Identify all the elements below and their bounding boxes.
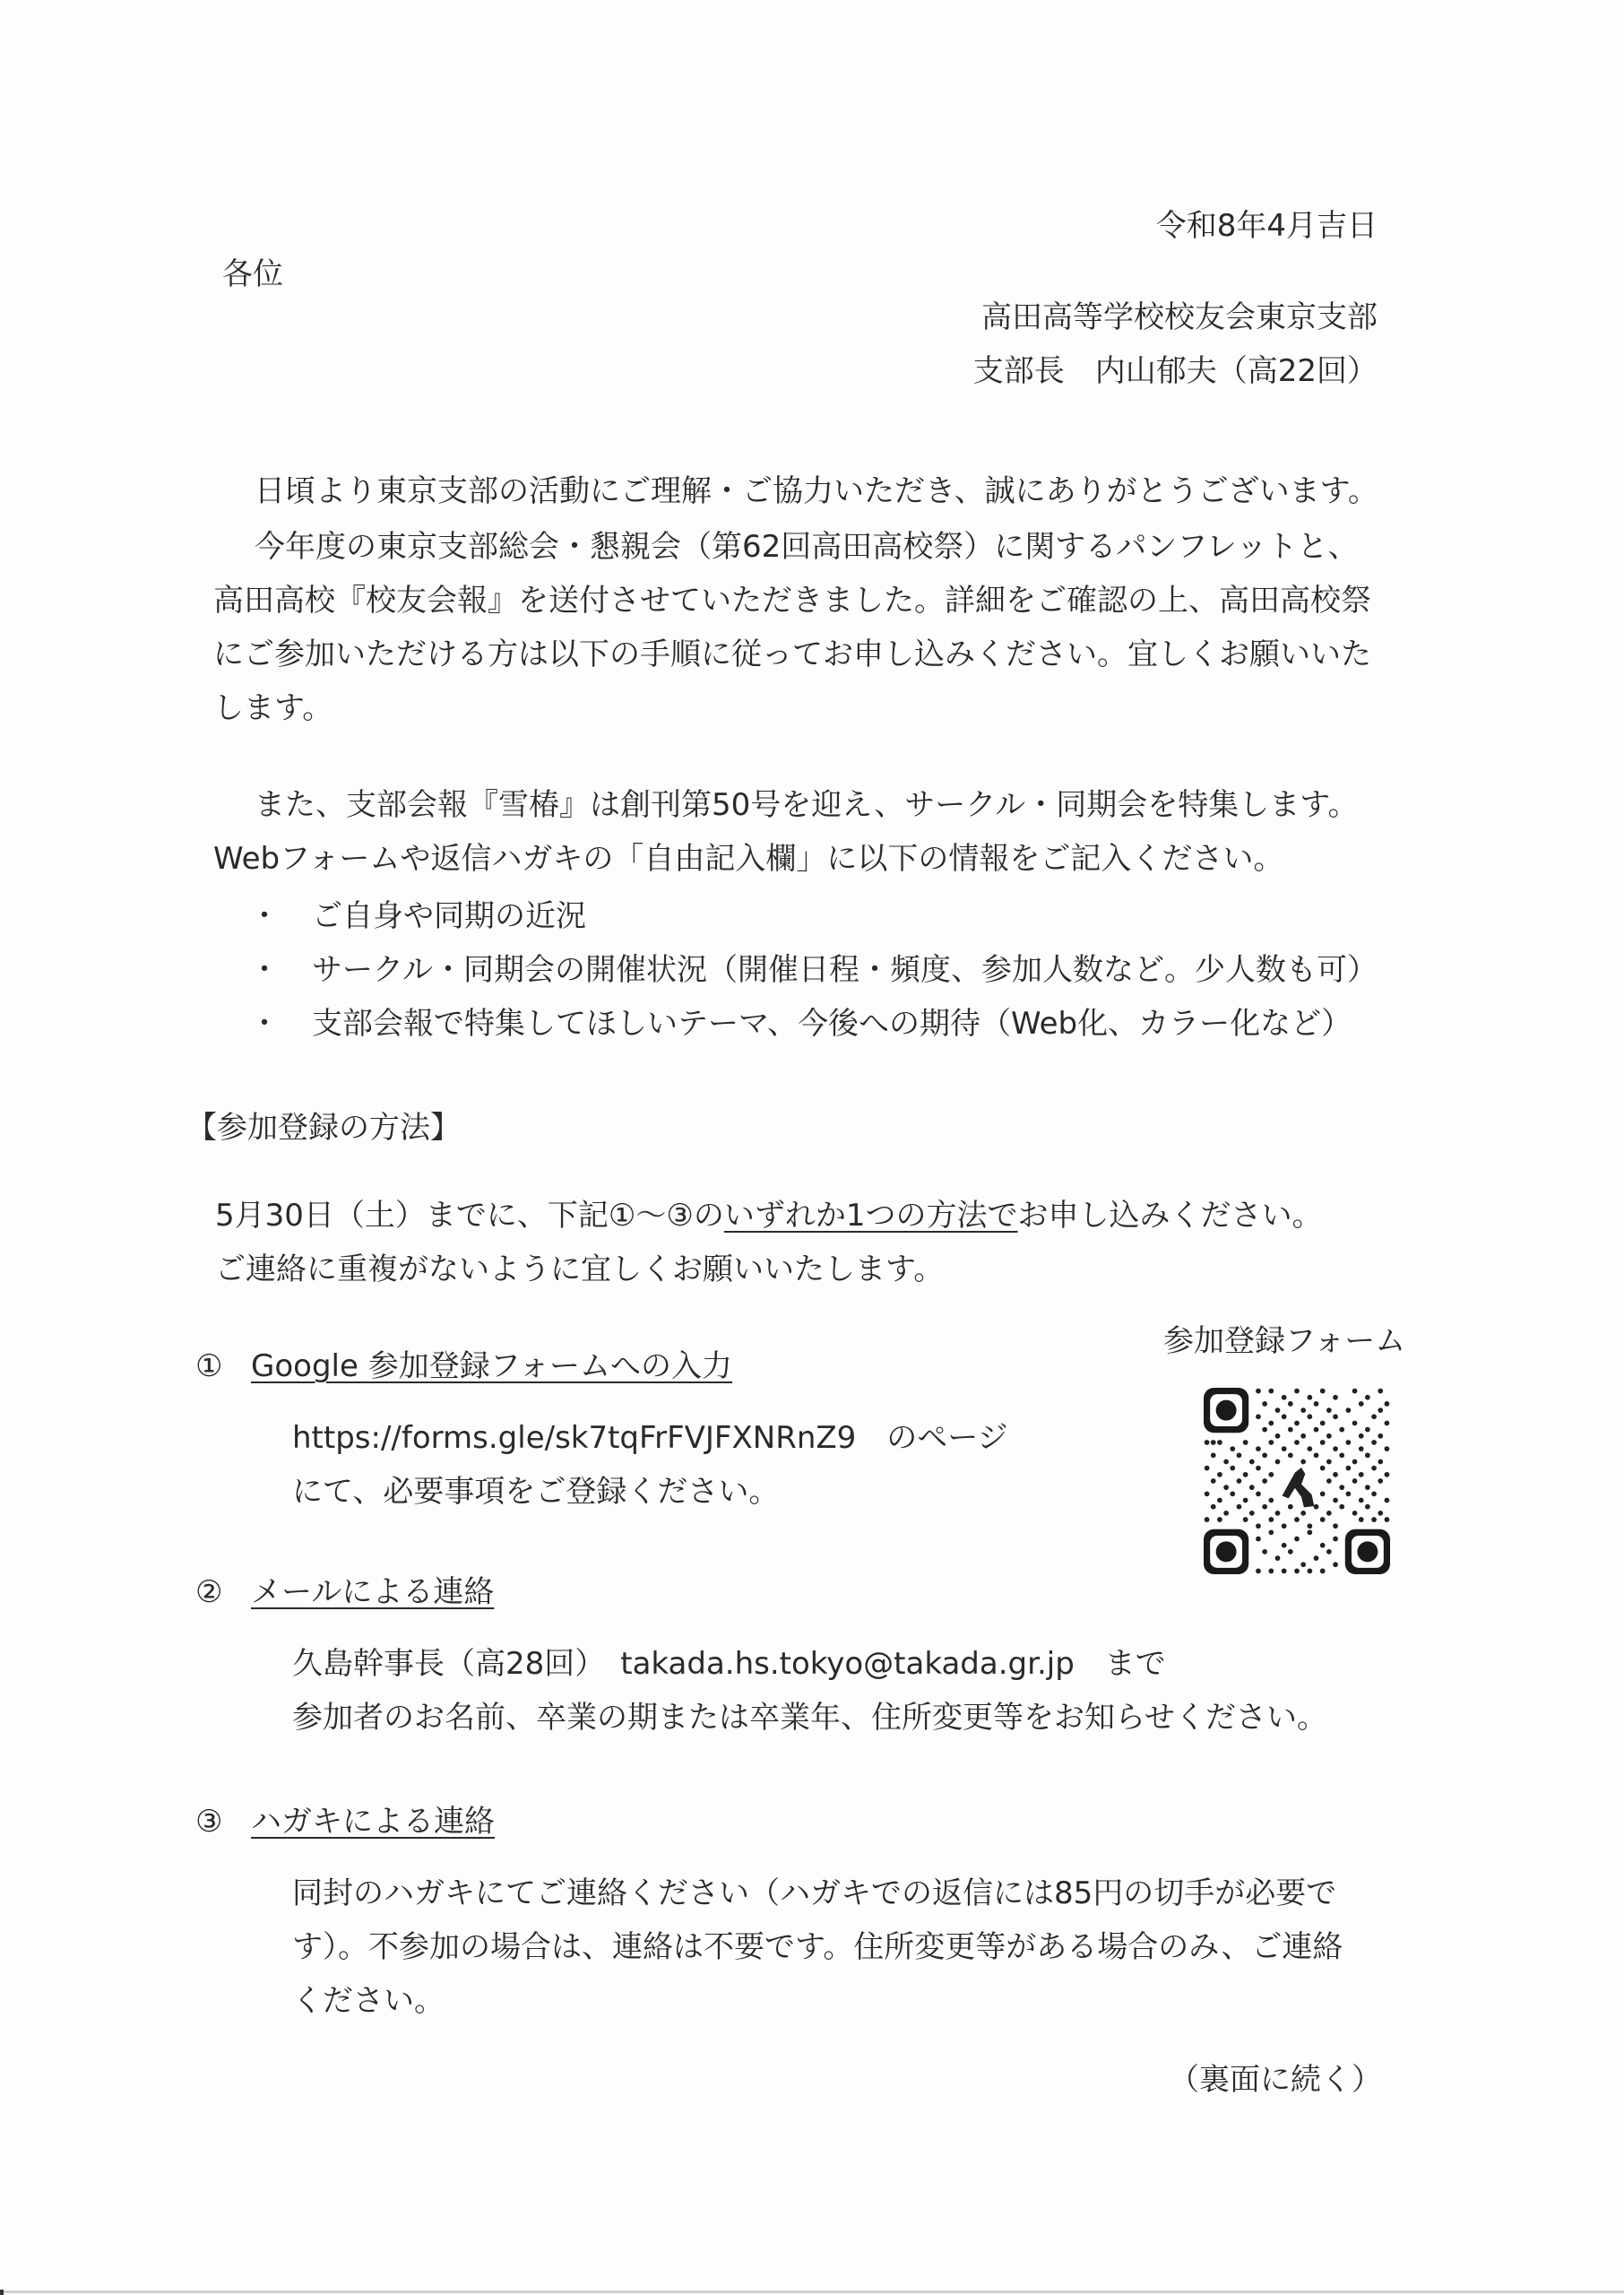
bullet-text: サークル・同期会の開催状況（開催日程・頻度、参加人数など。少人数も可）: [312, 943, 1378, 997]
method-3-title: ハガキによる連絡: [251, 1804, 495, 1840]
continued-note: （裏面に続く）: [1169, 2062, 1382, 2098]
method-2-title: メールによる連絡: [251, 1574, 494, 1610]
method-3-title-row: ③ハガキによる連絡: [195, 1804, 495, 1840]
bullet-icon: ・: [249, 889, 312, 943]
bullet-text: 支部会報で特集してほしいテーマ、今後への期待（Web化、カラー化など）: [312, 997, 1352, 1051]
scan-edge-divider: [0, 2291, 1624, 2293]
organization: 高田高等学校校友会東京支部: [981, 299, 1378, 335]
document-page: 令和8年4月吉日 各位 高田高等学校校友会東京支部 支部長 内山郁夫（高22回）…: [0, 0, 1624, 2295]
intro-text: 5月30日（土）までに、下記①～③の: [215, 1198, 724, 1234]
newsletter-paragraph: また、支部会報『雪椿』は創刊第50号を迎え、サークル・同期会を特集します。Web…: [213, 778, 1378, 886]
sender: 支部長 内山郁夫（高22回）: [973, 353, 1378, 389]
pamphlet-paragraph-text: 今年度の東京支部総会・懇親会（第62回高田高校祭）に関するパンフレットと、高田高…: [213, 529, 1371, 726]
email-contact-line[interactable]: 久島幹事長（高28回） takada.hs.tokyo@takada.gr.jp…: [292, 1646, 1166, 1682]
date: 令和8年4月吉日: [1156, 208, 1378, 244]
bullet-text: ご自身や同期の近況: [312, 889, 586, 943]
qr-code-icon[interactable]: [1204, 1388, 1390, 1574]
registration-intro-line2: ご連絡に重複がないように宜しくお願いいたします。: [215, 1251, 944, 1287]
info-bullet-list: ・ご自身や同期の近況 ・サークル・同期会の開催状況（開催日程・頻度、参加人数など…: [249, 889, 1378, 1051]
bullet-item: ・支部会報で特集してほしいテーマ、今後への期待（Web化、カラー化など）: [249, 997, 1378, 1051]
method-2-title-row: ②メールによる連絡: [195, 1574, 494, 1610]
method-3-line2: す）。不参加の場合は、連絡は不要です。住所変更等がある場合のみ、ご連絡: [292, 1929, 1343, 1965]
qr-label: 参加登録フォーム: [1163, 1323, 1405, 1359]
method-1-number: ①: [195, 1348, 251, 1384]
registration-intro: 5月30日（土）までに、下記①～③のいずれか1つの方法でお申し込みください。: [215, 1198, 1323, 1234]
registration-heading: 【参加登録の方法】: [186, 1110, 461, 1146]
method-1-instructions: にて、必要事項をご登録ください。: [292, 1474, 779, 1510]
greeting-paragraph: 日頃より東京支部の活動にご理解・ご協力いただき、誠にありがとうございます。: [213, 464, 1378, 518]
method-2-instructions: 参加者のお名前、卒業の期または卒業年、住所変更等をお知らせください。: [292, 1700, 1327, 1736]
method-3-line3: ください。: [292, 1983, 445, 2019]
scan-edge-mark: [0, 2290, 4, 2295]
pamphlet-paragraph: 今年度の東京支部総会・懇親会（第62回高田高校祭）に関するパンフレットと、高田高…: [213, 520, 1378, 735]
bullet-icon: ・: [249, 997, 312, 1051]
bullet-item: ・サークル・同期会の開催状況（開催日程・頻度、参加人数など。少人数も可）: [249, 943, 1378, 997]
method-1-title-row: ①Google 参加登録フォームへの入力: [195, 1348, 732, 1384]
recipient: 各位: [222, 256, 283, 292]
method-1-title: Google 参加登録フォームへの入力: [251, 1348, 732, 1384]
intro-emphasis: いずれか1つの方法で: [724, 1198, 1018, 1234]
method-2-number: ②: [195, 1574, 251, 1610]
bullet-icon: ・: [249, 943, 312, 997]
intro-text: お申し込みください。: [1018, 1198, 1323, 1234]
method-3-number: ③: [195, 1804, 251, 1840]
bullet-item: ・ご自身や同期の近況: [249, 889, 1378, 943]
google-form-url-line[interactable]: https://forms.gle/sk7tqFrFVJFXNRnZ9 のページ: [292, 1420, 1008, 1456]
method-3-line1: 同封のハガキにてご連絡ください（ハガキでの返信には85円の切手が必要で: [292, 1875, 1336, 1911]
